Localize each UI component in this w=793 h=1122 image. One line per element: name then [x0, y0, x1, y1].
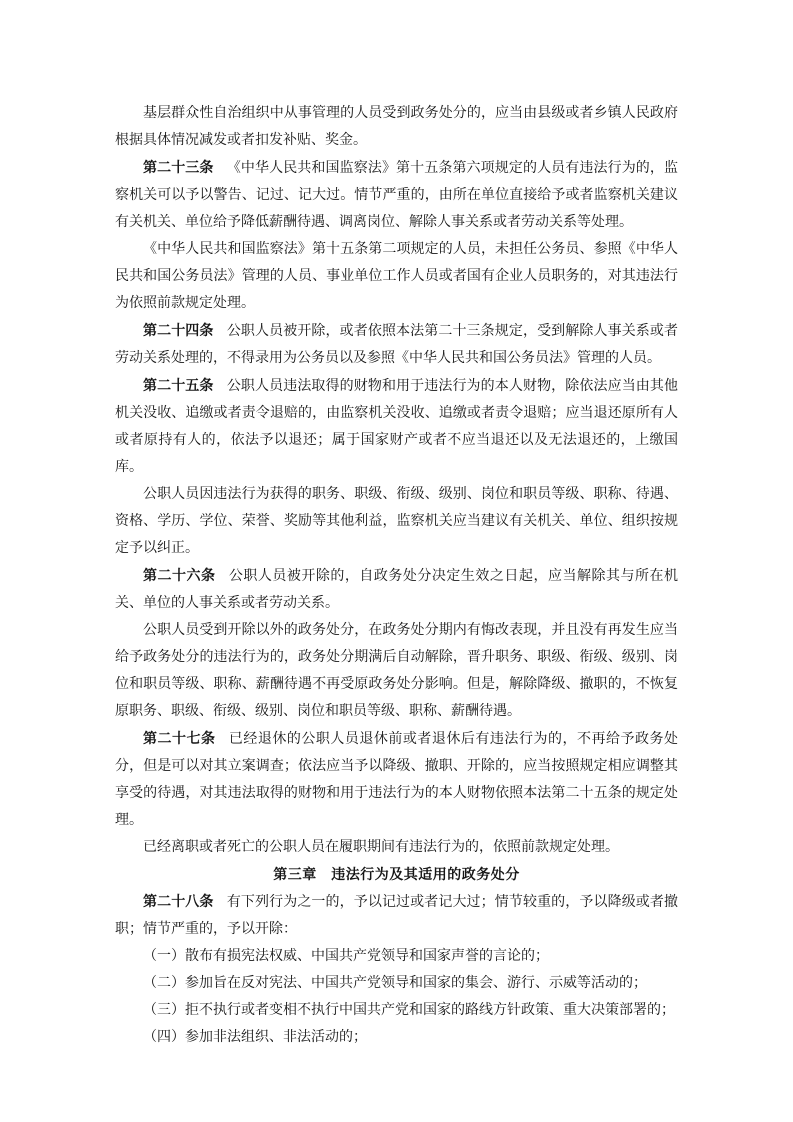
- article-paragraph: 第二十四条公职人员被开除，或者依照本法第二十三条规定，受到解除人事关系或者劳动关…: [115, 317, 678, 372]
- paragraph-text: 《中华人民共和国监察法》第十五条第二项规定的人员，未担任公务员、参照《中华人民共…: [115, 242, 678, 311]
- body-paragraph: （一）散布有损宪法权威、中国共产党领导和国家声誉的言论的；: [115, 943, 678, 970]
- article-number: 第二十八条: [143, 893, 214, 909]
- article-paragraph: 第二十七条已经退休的公职人员退休前或者退休后有违法行为的，不再给予政务处分，但是…: [115, 725, 678, 834]
- body-paragraph: 基层群众性自治组织中从事管理的人员受到政务处分的，应当由县级或者乡镇人民政府根据…: [115, 100, 678, 154]
- document-page: 基层群众性自治组织中从事管理的人员受到政务处分的，应当由县级或者乡镇人民政府根据…: [0, 0, 793, 1122]
- paragraph-text: 公职人员因违法行为获得的职务、职级、衔级、级别、岗位和职员等级、职称、待遇、资格…: [115, 487, 678, 556]
- paragraph-text: （三）拒不执行或者变相不执行中国共产党和国家的路线方针政策、重大决策部署的；: [143, 1003, 675, 1018]
- document-body: 基层群众性自治组织中从事管理的人员受到政务处分的，应当由县级或者乡镇人民政府根据…: [115, 100, 678, 1051]
- article-number: 第二十七条: [143, 730, 216, 746]
- body-paragraph: 公职人员因违法行为获得的职务、职级、衔级、级别、岗位和职员等级、职称、待遇、资格…: [115, 481, 678, 562]
- body-paragraph: （二）参加旨在反对宪法、中国共产党领导和国家的集会、游行、示威等活动的；: [115, 970, 678, 997]
- body-paragraph: 公职人员受到开除以外的政务处分，在政务处分期内有悔改表现，并且没有再发生应当给予…: [115, 617, 678, 725]
- article-number: 第二十四条: [143, 322, 214, 338]
- paragraph-text: （一）散布有损宪法权威、中国共产党领导和国家声誉的言论的；: [143, 949, 549, 964]
- body-paragraph: （四）参加非法组织、非法活动的；: [115, 1024, 678, 1051]
- paragraph-text: 公职人员违法取得的财物和用于违法行为的本人财物，除依法应当由其他机关没收、追缴或…: [115, 379, 678, 475]
- body-paragraph: 《中华人民共和国监察法》第十五条第二项规定的人员，未担任公务员、参照《中华人民共…: [115, 236, 678, 317]
- paragraph-text: 已经退休的公职人员退休前或者退休后有违法行为的，不再给予政务处分，但是可以对其立…: [115, 732, 678, 828]
- body-paragraph: 已经离职或者死亡的公职人员在履职期间有违法行为的，依照前款规定处理。: [115, 834, 678, 861]
- article-number: 第二十六条: [143, 567, 216, 583]
- article-paragraph: 第二十五条公职人员违法取得的财物和用于违法行为的本人财物，除依法应当由其他机关没…: [115, 372, 678, 481]
- paragraph-text: 基层群众性自治组织中从事管理的人员受到政务处分的，应当由县级或者乡镇人民政府根据…: [115, 106, 678, 148]
- article-paragraph: 第二十六条公职人员被开除的，自政务处分决定生效之日起，应当解除其与所在机关、单位…: [115, 562, 678, 617]
- article-number: 第二十三条: [143, 159, 214, 175]
- article-number: 第二十五条: [143, 377, 214, 393]
- article-paragraph: 第二十八条有下列行为之一的，予以记过或者记大过；情节较重的，予以降级或者撤职；情…: [115, 888, 678, 943]
- paragraph-text: 已经离职或者死亡的公职人员在履职期间有违法行为的，依照前款规定处理。: [143, 840, 619, 855]
- chapter-heading: 第三章 违法行为及其适用的政务处分: [115, 861, 678, 888]
- paragraph-text: （二）参加旨在反对宪法、中国共产党领导和国家的集会、游行、示威等活动的；: [143, 976, 647, 991]
- body-paragraph: （三）拒不执行或者变相不执行中国共产党和国家的路线方针政策、重大决策部署的；: [115, 997, 678, 1024]
- paragraph-text: 公职人员受到开除以外的政务处分，在政务处分期内有悔改表现，并且没有再发生应当给予…: [115, 623, 678, 719]
- paragraph-text: （四）参加非法组织、非法活动的；: [143, 1030, 367, 1045]
- chapter-heading-text: 第三章 违法行为及其适用的政务处分: [273, 866, 520, 882]
- article-paragraph: 第二十三条《中华人民共和国监察法》第十五条第六项规定的人员有违法行为的，监察机关…: [115, 154, 678, 236]
